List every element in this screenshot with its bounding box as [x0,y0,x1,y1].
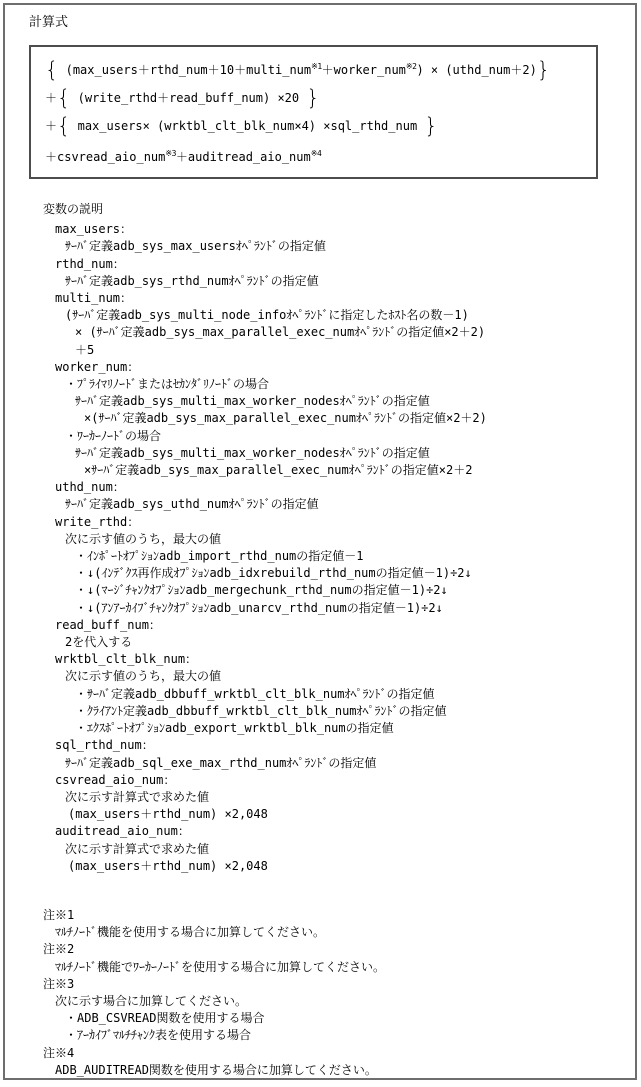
formula-text: max_users× (wrktbl_clt_blk_num×4) ×sql_r… [70,119,424,133]
variable-line: ・ｴｸｽﾎﾟｰﾄｵﾌﾟｼｮﾝadb_export_wrktbl_blk_numの… [43,720,635,737]
variable-line: ×(ｻｰﾊﾞ定義adb_sys_max_parallel_exec_numｵﾍﾟ… [43,410,635,427]
formula-brace: } [306,86,319,110]
variable-line: multi_num： [43,290,635,307]
variable-line: 次に示す計算式で求めた値 [43,841,635,858]
variable-line: uthd_num： [43,479,635,496]
variable-line: 次に示す値のうち，最大の値 [43,668,635,685]
variable-line: ・ｻｰﾊﾞ定義adb_dbbuff_wrktbl_clt_blk_numｵﾍﾟﾗ… [43,686,635,703]
variables-list: max_users：ｻｰﾊﾞ定義adb_sys_max_usersｵﾍﾟﾗﾝﾄﾞ… [43,221,635,875]
variable-line: worker_num： [43,359,635,376]
variable-line: ・ｲﾝﾎﾟｰﾄｵﾌﾟｼｮﾝadb_import_rthd_numの指定値－1 [43,548,635,565]
formula-brace: { [45,58,58,82]
variable-line: wrktbl_clt_blk_num： [43,651,635,668]
variable-line: ・↓(ｲﾝﾃﾞｸｽ再作成ｵﾌﾟｼｮﾝadb_idxrebuild_rthd_nu… [43,565,635,582]
variable-line: write_rthd： [43,514,635,531]
variable-line: ・ｸﾗｲｱﾝﾄ定義adb_dbbuff_wrktbl_clt_blk_numｵﾍ… [43,703,635,720]
variable-line: ＋5 [43,342,635,359]
formula-text: ＋auditread_aio_num [176,150,311,164]
footnote-ref: ※2 [406,62,417,71]
variable-line: csvread_aio_num： [43,772,635,789]
formula-text: ＋ [45,91,57,105]
variable-line: 2を代入する [43,634,635,651]
footnote-ref: ※3 [165,149,176,158]
note-line: 注※3 [43,976,635,993]
variable-line: 次に示す値のうち，最大の値 [43,531,635,548]
formula-text: ) × (uthd_num＋2) [416,63,536,77]
formula-brace: } [424,114,437,138]
variable-line: ・ﾌﾟﾗｲﾏﾘﾉｰﾄﾞまたはｾｶﾝﾀﾞﾘﾉｰﾄﾞの場合 [43,376,635,393]
variable-line: rthd_num： [43,256,635,273]
formula-brace: { [57,86,70,110]
formula-brace: } [537,58,550,82]
formula-line: ＋csvread_aio_num※3＋auditread_aio_num※4 [45,140,596,171]
variable-line: max_users： [43,221,635,238]
variables-section: 変数の説明 max_users：ｻｰﾊﾞ定義adb_sys_max_usersｵ… [43,201,635,875]
formula-box: { (max_users＋rthd_num＋10＋multi_num※1＋wor… [29,45,598,179]
note-line: ADB_AUDITREAD関数を使用する場合に加算してください。 [43,1062,635,1079]
note-line: ・ADB_CSVREAD関数を使用する場合 [43,1010,635,1027]
variable-line: ｻｰﾊﾞ定義adb_sys_multi_max_worker_nodesｵﾍﾟﾗ… [43,445,635,462]
formula-text: ＋ [45,119,57,133]
variable-line: read_buff_num： [43,617,635,634]
formula-line: ＋{ max_users× (wrktbl_clt_blk_num×4) ×sq… [45,112,596,140]
note-line: 次に示す場合に加算してください。 [43,993,635,1010]
variable-line: auditread_aio_num： [43,823,635,840]
note-line: 注※1 [43,907,635,924]
variable-line: ・↓(ﾏｰｼﾞﾁｬﾝｸｵﾌﾟｼｮﾝadb_mergechunk_rthd_num… [43,582,635,599]
page-title: 計算式 [29,15,635,31]
note-line: ・ｱｰｶｲﾌﾞﾏﾙﾁﾁｬﾝｸ表を使用する場合 [43,1027,635,1044]
note-line: ﾏﾙﾁﾉｰﾄﾞ機能でﾜｰｶｰﾉｰﾄﾞを使用する場合に加算してください。 [43,959,635,976]
formula-brace: { [57,114,70,138]
variable-line: ｻｰﾊﾞ定義adb_sys_max_usersｵﾍﾟﾗﾝﾄﾞの指定値 [43,238,635,255]
formula-line: ＋{ (write_rthd＋read_buff_num) ×20 } [45,84,596,112]
footnote-ref: ※4 [311,149,322,158]
variable-line: (max_users＋rthd_num) ×2,048 [43,858,635,875]
variables-heading: 変数の説明 [43,201,635,218]
variable-line: ｻｰﾊﾞ定義adb_sys_rthd_numｵﾍﾟﾗﾝﾄﾞの指定値 [43,273,635,290]
formula-line: { (max_users＋rthd_num＋10＋multi_num※1＋wor… [45,53,596,84]
variable-line: ・↓(ｱﾝｱｰｶｲﾌﾞﾁｬﾝｸｵﾌﾟｼｮﾝadb_unarcv_rthd_num… [43,600,635,617]
variable-line: × (ｻｰﾊﾞ定義adb_sys_max_parallel_exec_numｵﾍ… [43,324,635,341]
formula-text: ＋csvread_aio_num [45,150,165,164]
document-page: 計算式 { (max_users＋rthd_num＋10＋multi_num※1… [3,3,637,1080]
variable-line: 次に示す計算式で求めた値 [43,789,635,806]
variable-line: ｻｰﾊﾞ定義adb_sql_exe_max_rthd_numｵﾍﾟﾗﾝﾄﾞの指定… [43,755,635,772]
variable-line: sql_rthd_num： [43,737,635,754]
variable-line: ｻｰﾊﾞ定義adb_sys_uthd_numｵﾍﾟﾗﾝﾄﾞの指定値 [43,496,635,513]
formula-text: (max_users＋rthd_num＋10＋multi_num [58,63,311,77]
variable-line: ×ｻｰﾊﾞ定義adb_sys_max_parallel_exec_numｵﾍﾟﾗ… [43,462,635,479]
variable-line: ・ﾜｰｶｰﾉｰﾄﾞの場合 [43,428,635,445]
note-line: 注※2 [43,941,635,958]
note-line: 注※4 [43,1045,635,1062]
variable-line: (ｻｰﾊﾞ定義adb_sys_multi_node_infoｵﾍﾟﾗﾝﾄﾞに指定… [43,307,635,324]
variable-line: (max_users＋rthd_num) ×2,048 [43,806,635,823]
note-line: ﾏﾙﾁﾉｰﾄﾞ機能を使用する場合に加算してください。 [43,924,635,941]
footnote-ref: ※1 [311,62,322,71]
formula-text: ＋worker_num [322,63,406,77]
variable-line: ｻｰﾊﾞ定義adb_sys_multi_max_worker_nodesｵﾍﾟﾗ… [43,393,635,410]
notes-section: 注※1ﾏﾙﾁﾉｰﾄﾞ機能を使用する場合に加算してください。注※2ﾏﾙﾁﾉｰﾄﾞ機… [43,907,635,1079]
formula-text: (write_rthd＋read_buff_num) ×20 [70,91,306,105]
